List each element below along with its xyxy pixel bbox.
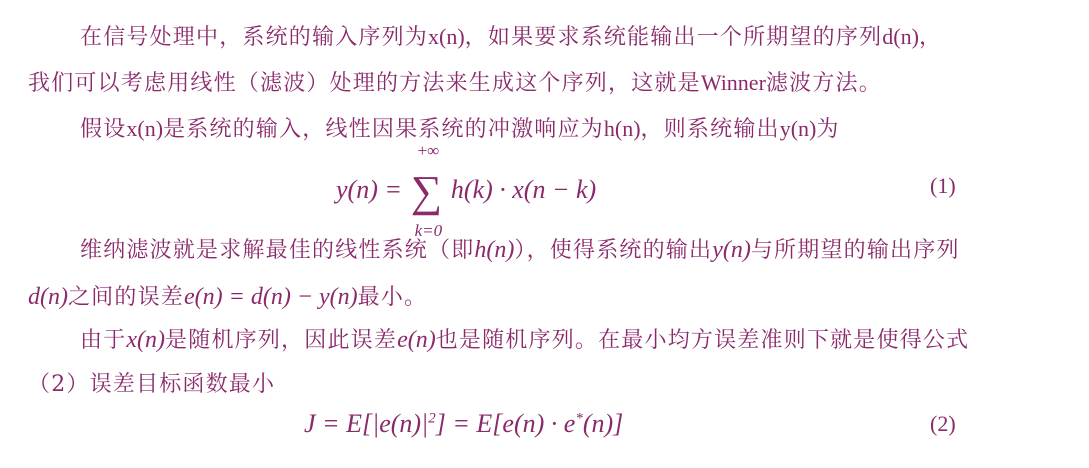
text: 是随机序列，因此误差 <box>165 328 397 353</box>
text: 与所期望的输出序列 <box>751 238 960 263</box>
equation-1-number: (1) <box>930 171 956 201</box>
variable-d-n: d(n) <box>882 24 919 49</box>
text: （2）误差目标函数最小 <box>28 372 275 397</box>
text: 为 <box>816 117 839 142</box>
text: ，如果要求系统能输出一个所期望的序列 <box>465 25 883 50</box>
variable-x-n: x(n) <box>126 116 163 141</box>
variable-x-n: x(n) <box>126 327 165 353</box>
text: 我们可以考虑用线性（滤波）处理的方法来生成这个序列，这就是 <box>28 71 701 96</box>
text: 也是随机序列。在最小均方误差准则下就是使得公式 <box>436 328 970 353</box>
paragraph-1-line-2: 我们可以考虑用线性（滤波）处理的方法来生成这个序列，这就是Winner滤波方法。 <box>28 68 882 99</box>
text: 最小。 <box>358 285 428 310</box>
winner-term: Winner <box>701 70 766 95</box>
text: ），使得系统的输出 <box>514 238 712 263</box>
text: ， <box>919 25 942 50</box>
variable-y-n: y(n) <box>712 237 751 263</box>
text: 由于 <box>80 328 126 353</box>
equation-2: J = E[|e(n)|2] = E[e(n) · e*(n)] <box>304 409 623 439</box>
paragraph-4-line-2: （2）误差目标函数最小 <box>28 370 275 400</box>
paragraph-3-line-1: 维纳滤波就是求解最佳的线性系统（即h(n)），使得系统的输出y(n)与所期望的输… <box>80 235 960 266</box>
paragraph-2: 假设x(n)是系统的输入，线性因果系统的冲激响应为h(n)，则系统输出y(n)为 <box>80 114 840 145</box>
text: 假设 <box>80 117 126 142</box>
variable-h-n: h(n) <box>474 237 514 263</box>
paragraph-3-line-2: d(n)之间的误差e(n) = d(n) − y(n)最小。 <box>28 282 427 313</box>
equation-2-part: J = E[|e(n)| <box>304 409 428 438</box>
variable-x-n: x(n) <box>428 24 465 49</box>
text: ，则系统输出 <box>641 117 780 142</box>
text: 之间的误差 <box>68 285 184 310</box>
summation: +∞ ∑ k=0 <box>408 170 444 214</box>
text: 是系统的输入，线性因果系统的冲激响应为 <box>163 117 604 142</box>
document-page: 在信号处理中，系统的输入序列为x(n)，如果要求系统能输出一个所期望的序列d(n… <box>0 0 1089 468</box>
paragraph-1-line-1: 在信号处理中，系统的输入序列为x(n)，如果要求系统能输出一个所期望的序列d(n… <box>80 22 942 53</box>
text: 在信号处理中，系统的输入序列为 <box>80 25 428 50</box>
variable-h-n: h(n) <box>604 116 641 141</box>
variable-e-n: e(n) <box>397 327 436 353</box>
variable-d-n: d(n) <box>28 284 68 310</box>
variable-y-n: y(n) <box>780 116 817 141</box>
equation-2-part: (n)] <box>583 409 623 438</box>
equation-2-part: ] = E[e(n) · e <box>436 409 576 438</box>
exponent: 2 <box>428 410 436 426</box>
summation-upper-limit: +∞ <box>408 142 448 160</box>
paragraph-4-line-1: 由于x(n)是随机序列，因此误差e(n)也是随机序列。在最小均方误差准则下就是使… <box>80 325 969 356</box>
text: 滤波方法。 <box>766 71 882 96</box>
equation-1: y(n) = +∞ ∑ k=0 h(k) · x(n − k) <box>336 170 596 214</box>
summation-icon: ∑ <box>408 170 444 214</box>
equation-1-lhs: y(n) = <box>336 175 402 204</box>
equation-2-number: (2) <box>930 409 956 439</box>
equation-1-rhs: h(k) · x(n − k) <box>451 175 596 204</box>
conjugate-mark: * <box>575 410 583 426</box>
error-equation: e(n) = d(n) − y(n) <box>184 284 358 310</box>
text: 维纳滤波就是求解最佳的线性系统（即 <box>80 238 474 263</box>
